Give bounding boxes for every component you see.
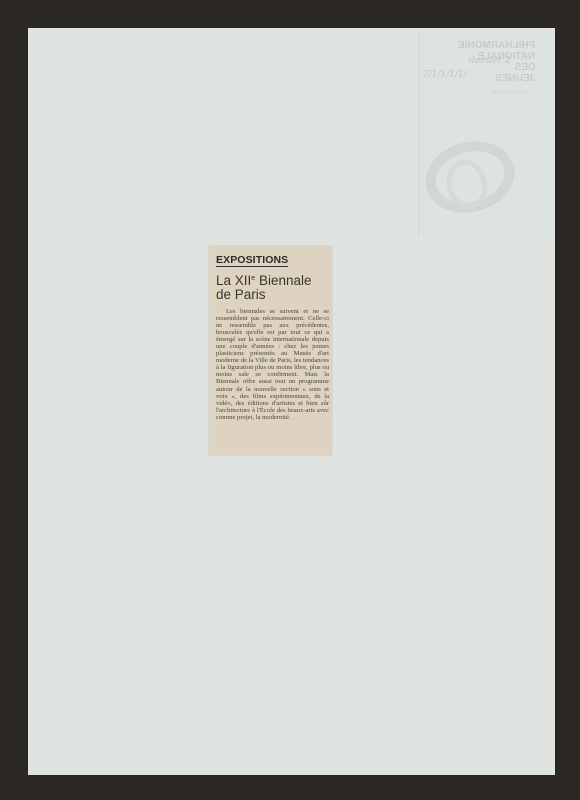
stamp-line: PHILHARMONIE	[458, 40, 535, 51]
article-headline: La XIIe Biennale de Paris	[216, 272, 329, 302]
handwriting-line: dossier 2	[423, 54, 511, 68]
article-paragraph: Les biennales se suivent et ne se ressem…	[216, 308, 329, 421]
headline-part: La XII	[216, 273, 251, 288]
logo-icon	[417, 132, 522, 223]
archive-stamp: PHILHARMONIE NATIONALE DES JEUNES Paris,…	[418, 32, 549, 237]
stamp-subtitle: Paris, France	[493, 90, 529, 96]
handwriting-line: 7/1/1/1/1/	[423, 68, 511, 82]
section-rubric: EXPOSITIONS	[216, 254, 288, 267]
handwritten-note: dossier 2 7/1/1/1/1/	[423, 54, 511, 82]
document-page: PHILHARMONIE NATIONALE DES JEUNES Paris,…	[28, 28, 555, 775]
newspaper-clipping: EXPOSITIONS La XIIe Biennale de Paris Le…	[209, 246, 332, 455]
article-body: Les biennales se suivent et ne se ressem…	[216, 308, 329, 421]
